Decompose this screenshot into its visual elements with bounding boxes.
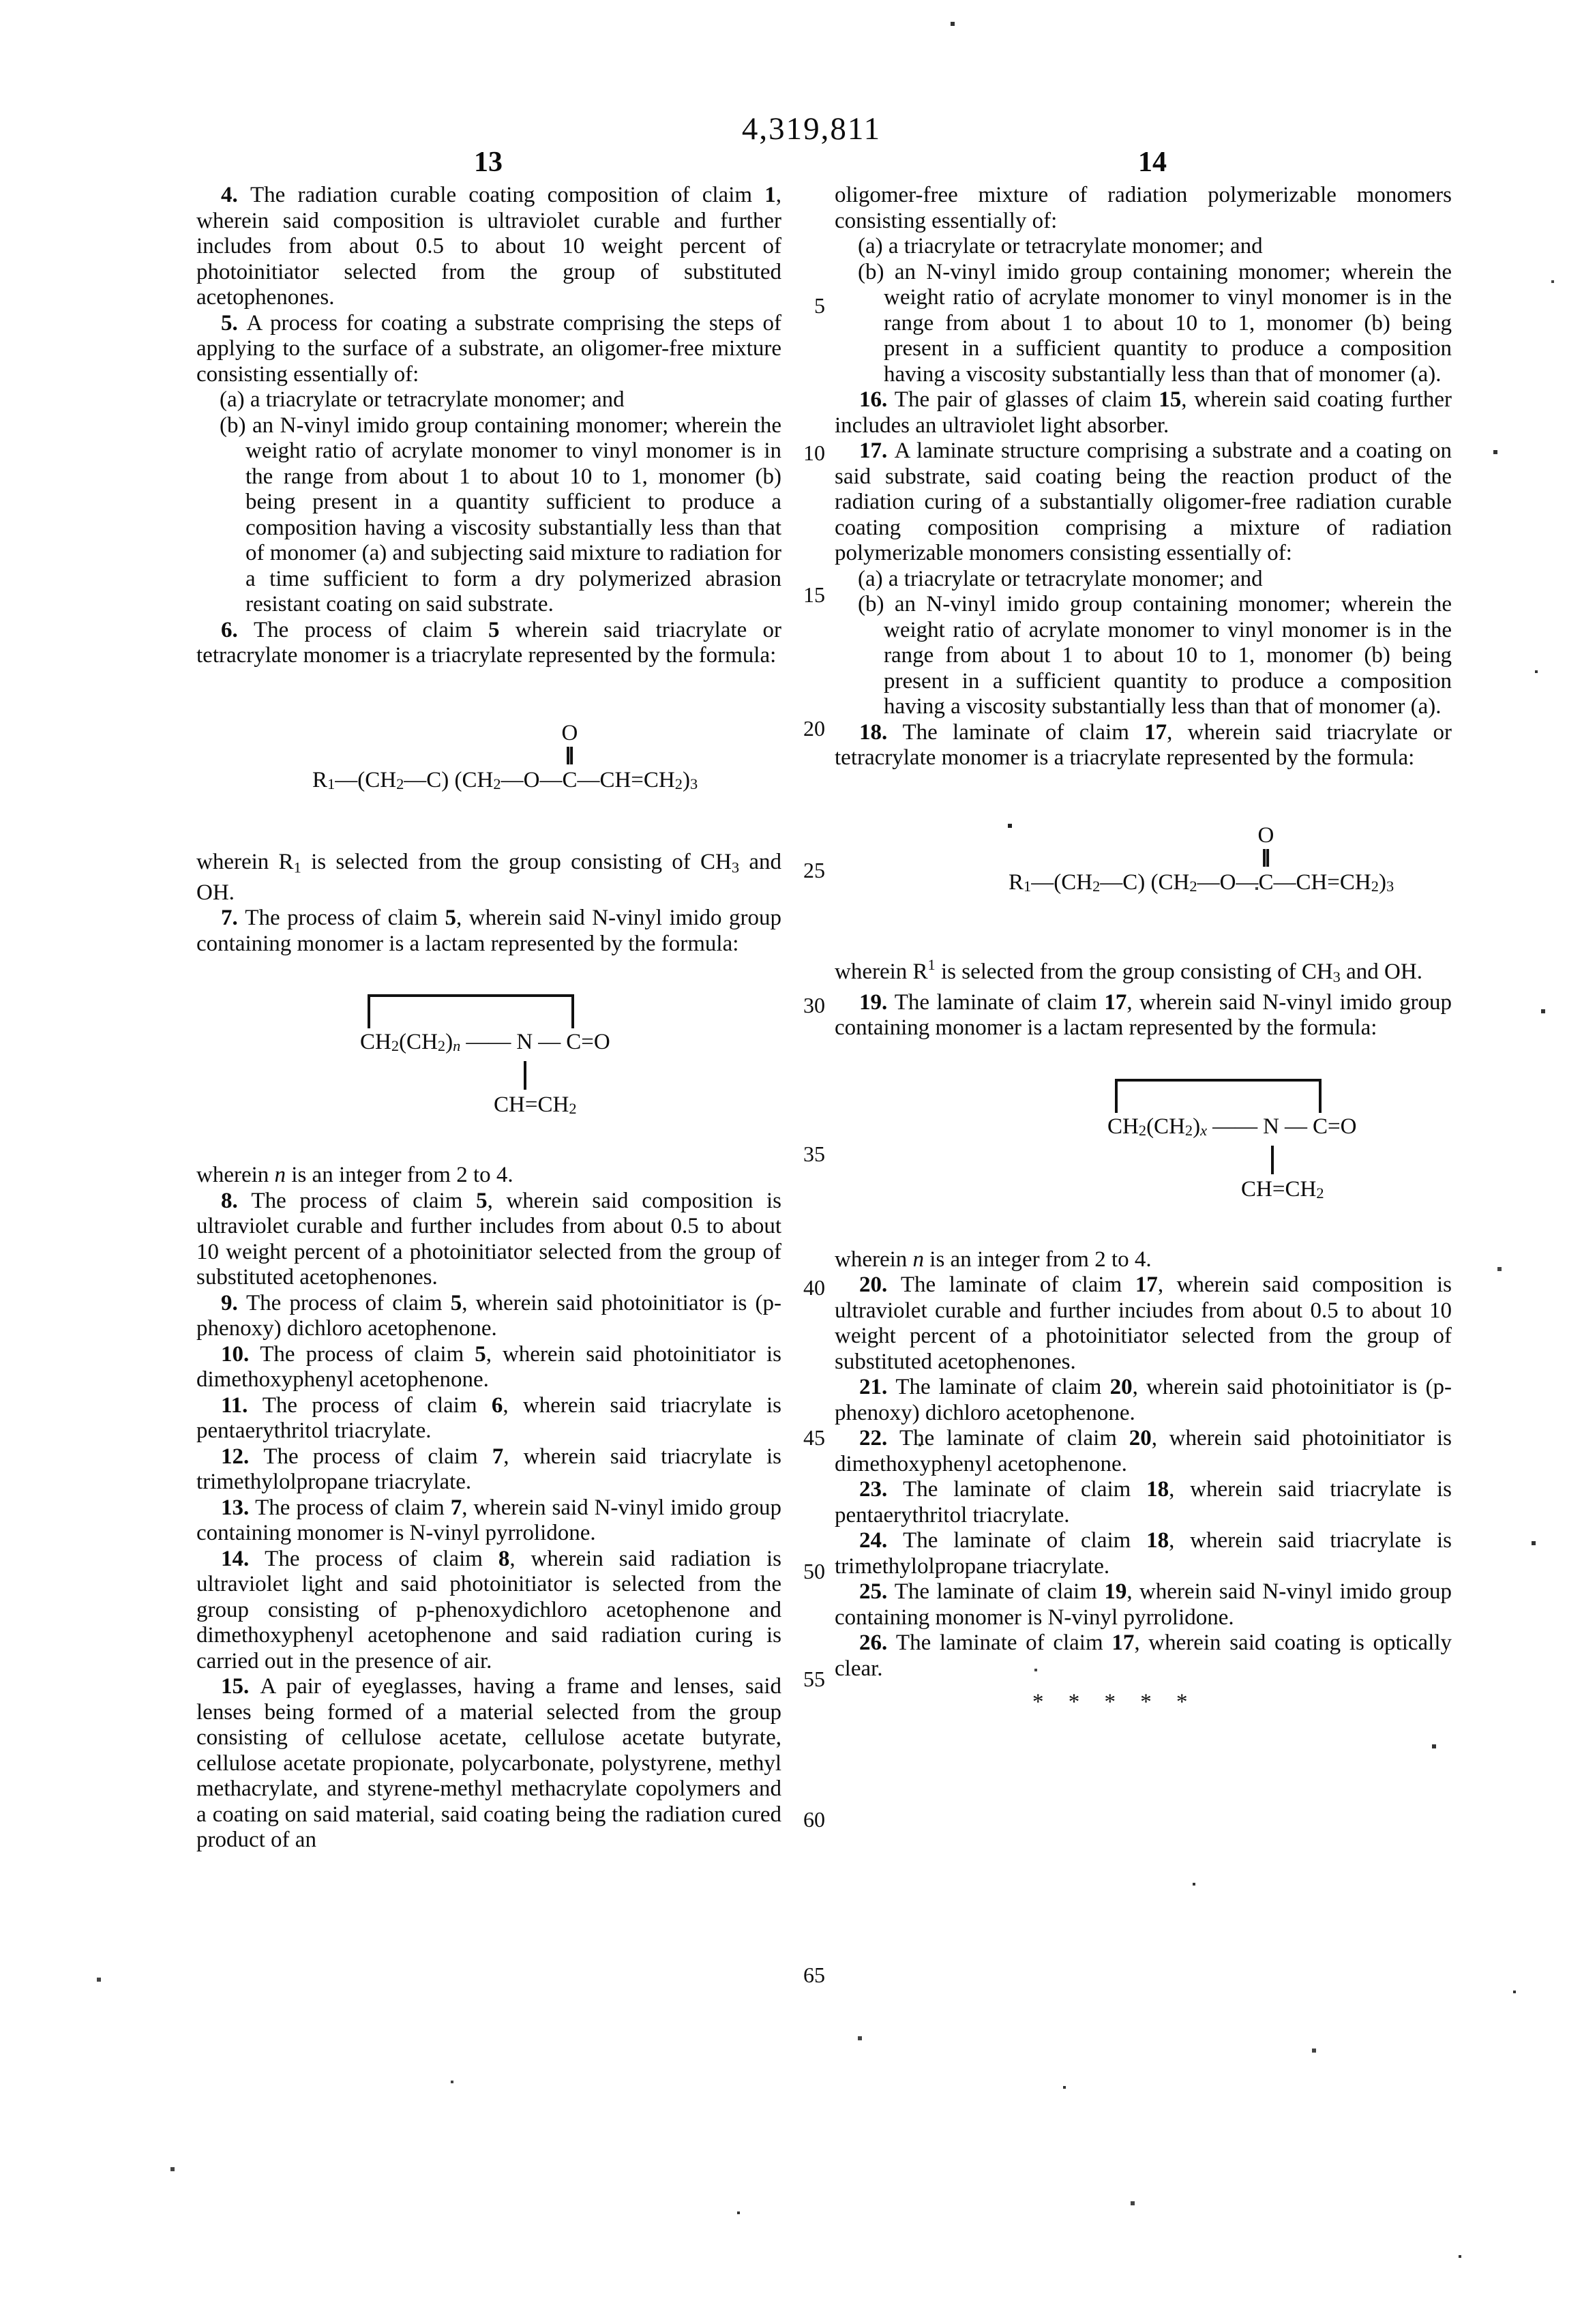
text-segment: 5	[488, 618, 500, 642]
text-segment: 23.	[859, 1477, 903, 1502]
text-segment: The pair of glasses of claim	[895, 387, 1159, 412]
claim-paragraph: (b) an N-vinyl imido group containing mo…	[835, 592, 1452, 720]
n-vinyl-bond-stem	[1271, 1146, 1274, 1174]
claim-paragraph: 15. A pair of eyeglasses, having a frame…	[196, 1674, 781, 1853]
text-segment: 2	[1139, 1122, 1146, 1139]
single-bond: —	[538, 1030, 561, 1054]
text-segment: —(CH	[335, 768, 396, 792]
line-number: 65	[803, 1964, 825, 1986]
line-number: 5	[814, 295, 825, 316]
text-segment: 10.	[221, 1342, 260, 1367]
text-segment: 8.	[221, 1189, 251, 1213]
formula-main-line: CH2(CH2)x——N—C=O	[1107, 1116, 1356, 1139]
chemical-formula-triacrylate: R1—(CH2—C) (CH2—O—OC—CH=CH2)3	[312, 720, 781, 792]
text-segment: R	[1009, 870, 1024, 895]
text-segment: (a) a triacrylate or tetracrylate monome…	[858, 234, 1263, 258]
line-number: 60	[803, 1808, 825, 1830]
claim-paragraph: 26. The laminate of claim 17, wherein sa…	[835, 1630, 1452, 1682]
text-segment: CH	[537, 1092, 569, 1117]
oxygen-atom: O	[1258, 824, 1274, 847]
text-segment: 2	[1092, 878, 1100, 895]
carbonyl-group: OC	[1258, 871, 1273, 894]
line-number: 15	[803, 584, 825, 606]
text-segment: (a) a triacrylate or tetracrylate monome…	[858, 567, 1263, 591]
text-segment: 15.	[221, 1674, 260, 1699]
text-segment: 2	[396, 775, 404, 792]
text-segment: and OH.	[1341, 959, 1422, 984]
text-segment: 2	[438, 1037, 445, 1054]
text-segment: The process of claim	[245, 906, 445, 930]
nitrogen-atom: N	[516, 1030, 533, 1054]
text-segment: (CH	[399, 1030, 438, 1054]
text-segment: —CH=	[577, 768, 643, 792]
text-segment: is an integer from 2 to 4.	[286, 1163, 513, 1187]
text-segment: —C) (CH	[1100, 870, 1189, 895]
text-segment: =	[1328, 1114, 1341, 1139]
double-bond-icon	[567, 747, 573, 764]
text-segment: 3	[1386, 878, 1394, 895]
double-bond-icon	[1263, 849, 1269, 867]
text-segment: The laminate of claim	[901, 1272, 1135, 1297]
text-segment: 2	[569, 1100, 576, 1117]
text-segment: 7	[451, 1495, 462, 1520]
carbonyl-oxygen-stack: O	[1258, 824, 1274, 871]
claim-paragraph: 18. The laminate of claim 17, wherein sa…	[835, 720, 1452, 771]
claim-paragraph: 6. The process of claim 5 wherein said t…	[196, 618, 781, 669]
text-segment: The laminate of claim	[895, 990, 1105, 1015]
text-segment: 20	[1129, 1426, 1152, 1450]
text-segment: C	[1313, 1114, 1328, 1139]
text-segment: 5	[445, 906, 457, 930]
text-segment: 17.	[859, 438, 895, 463]
text-segment: A laminate structure comprising a substr…	[835, 438, 1452, 565]
text-segment: 5.	[221, 311, 246, 336]
text-segment: wherein	[196, 1163, 275, 1187]
text-segment: 11.	[221, 1393, 263, 1418]
text-segment: is selected from the group consisting of…	[936, 959, 1333, 984]
text-segment: 2	[1316, 1185, 1324, 1202]
text-segment: 18.	[859, 720, 902, 745]
column-number-14: 14	[1120, 146, 1185, 179]
claim-paragraph: 10. The process of claim 5, wherein said…	[196, 1342, 781, 1393]
text-segment: —(CH	[1031, 870, 1092, 895]
claim-paragraph: 19. The laminate of claim 17, wherein sa…	[835, 990, 1452, 1041]
text-segment: —CH=	[1273, 870, 1339, 895]
scan-noise-speckles	[0, 0, 1, 1]
text-segment: (b) an N-vinyl imido group containing mo…	[858, 260, 1452, 387]
formula-main-line: CH2(CH2)n——N—C=O	[360, 1031, 610, 1054]
text-segment: 19.	[859, 990, 895, 1015]
chemical-formula-lactam: CH2(CH2)x——N—C=OCH=CH2	[1107, 1079, 1530, 1210]
text-segment: 21.	[859, 1375, 895, 1399]
line-number: 40	[803, 1277, 825, 1298]
text-segment: 1	[764, 183, 776, 207]
claim-paragraph: 16. The pair of glasses of claim 15, whe…	[835, 387, 1452, 438]
claim-paragraph: 17. A laminate structure comprising a su…	[835, 438, 1452, 567]
text-segment: 2	[1189, 878, 1197, 895]
text-segment: 3	[732, 859, 739, 876]
text-segment: The laminate of claim	[903, 1477, 1146, 1502]
text-segment: The process of claim	[263, 1393, 492, 1418]
claim-paragraph: 11. The process of claim 6, wherein said…	[196, 1393, 781, 1444]
claim-paragraph: 5. A process for coating a substrate com…	[196, 311, 781, 388]
text-segment: 8	[498, 1547, 510, 1571]
line-number: 10	[803, 442, 825, 464]
text-segment: The process of claim	[265, 1547, 498, 1571]
text-segment: CH	[1107, 1114, 1139, 1139]
claim-paragraph: oligomer-free mixture of radiation polym…	[835, 183, 1452, 234]
text-segment: (a) a triacrylate or tetracrylate monome…	[220, 387, 625, 412]
oxygen-atom: O	[562, 722, 578, 745]
right-column: oligomer-free mixture of radiation polym…	[835, 183, 1452, 1716]
text-segment: 9.	[221, 1291, 246, 1315]
text-segment: 5	[451, 1291, 462, 1315]
patent-page: 4,319,811 13 14 510152025303540455055606…	[0, 0, 1582, 2324]
text-segment: wherein R	[835, 959, 928, 984]
text-segment: CH	[644, 768, 675, 792]
claim-paragraph: wherein n is an integer from 2 to 4.	[835, 1247, 1452, 1273]
line-number: 45	[803, 1427, 825, 1448]
single-bond: —	[1285, 1114, 1307, 1139]
left-column: 4. The radiation curable coating composi…	[196, 183, 781, 1853]
text-segment: The laminate of claim	[903, 1528, 1146, 1553]
text-segment: —O—	[501, 768, 563, 792]
claim-paragraph: 8. The process of claim 5, wherein said …	[196, 1189, 781, 1291]
text-segment: =	[581, 1030, 594, 1054]
text-segment: 1	[1024, 878, 1031, 895]
line-number-gutter: 5101520253035404550556065	[775, 0, 825, 2324]
text-segment: The radiation curable coating compositio…	[250, 183, 764, 207]
text-segment: =	[1272, 1177, 1285, 1202]
text-segment: 1	[327, 775, 335, 792]
text-segment: —C) (CH	[404, 768, 493, 792]
claim-paragraph: 7. The process of claim 5, wherein said …	[196, 906, 781, 957]
carbonyl-oxygen-stack: O	[562, 722, 578, 769]
text-segment: 14.	[221, 1547, 265, 1571]
text-segment: (b) an N-vinyl imido group containing mo…	[220, 413, 781, 617]
ring-bond-bracket	[368, 994, 574, 1028]
claim-paragraph: 23. The laminate of claim 18, wherein sa…	[835, 1477, 1452, 1528]
line-number: 55	[803, 1668, 825, 1690]
line-number: 30	[803, 994, 825, 1016]
text-segment: 20	[1110, 1375, 1133, 1399]
text-segment: The laminate of claim	[895, 1375, 1109, 1399]
text-segment: CH	[494, 1092, 525, 1117]
claim-paragraph: wherein n is an integer from 2 to 4.	[196, 1163, 781, 1189]
chemical-formula-triacrylate: R1—(CH2—C) (CH2—O—OC—CH=CH2)3	[1009, 822, 1452, 895]
text-segment: 20.	[859, 1272, 901, 1297]
text-segment: 3	[690, 775, 698, 792]
text-segment: The process of claim	[251, 1189, 476, 1213]
text-segment: The laminate of claim	[895, 1579, 1105, 1604]
text-segment: The laminate of claim	[902, 720, 1144, 745]
text-segment: The laminate of claim	[899, 1426, 1129, 1450]
text-segment: n	[913, 1247, 925, 1272]
claim-paragraph: (b) an N-vinyl imido group containing mo…	[196, 413, 781, 618]
formula-main-line: R1—(CH2—C) (CH2—O—OC—CH=CH2)3	[1009, 871, 1452, 895]
vinyl-group: CH=CH2	[1241, 1178, 1324, 1202]
column-number-13: 13	[456, 146, 521, 179]
text-segment: 19	[1104, 1579, 1126, 1604]
text-segment: The process of claim	[263, 1444, 492, 1469]
text-segment: The process of claim	[255, 1495, 451, 1520]
text-segment: 6.	[221, 618, 254, 642]
claim-paragraph: 25. The laminate of claim 19, wherein sa…	[835, 1579, 1452, 1630]
text-segment: 2	[391, 1037, 399, 1054]
text-segment: (CH	[1146, 1114, 1185, 1139]
text-segment: A process for coating a substrate compri…	[196, 311, 781, 387]
claim-paragraph: (a) a triacrylate or tetracrylate monome…	[835, 567, 1452, 593]
text-segment: 2	[493, 775, 501, 792]
claim-paragraph: (a) a triacrylate or tetracrylate monome…	[835, 234, 1452, 260]
text-segment: 5	[475, 1342, 486, 1367]
text-segment: 15	[1159, 387, 1181, 412]
formula-main-line: R1—(CH2—C) (CH2—O—OC—CH=CH2)3	[312, 769, 781, 792]
line-number: 50	[803, 1560, 825, 1582]
line-number: 35	[803, 1143, 825, 1165]
text-segment: is selected from the group consisting of…	[301, 850, 732, 874]
text-segment: CH	[1241, 1177, 1272, 1202]
text-segment: 6	[492, 1393, 503, 1418]
text-segment: n	[275, 1163, 286, 1187]
text-segment: n	[453, 1037, 460, 1054]
text-segment: 24.	[859, 1528, 903, 1553]
text-segment: 3	[1333, 968, 1341, 985]
claim-paragraph: 14. The process of claim 8, wherein said…	[196, 1547, 781, 1675]
text-segment: oligomer-free mixture of radiation polym…	[835, 183, 1452, 233]
text-segment: 1	[928, 956, 936, 973]
claim-paragraph: 4. The radiation curable coating composi…	[196, 183, 781, 311]
text-segment: (b) an N-vinyl imido group containing mo…	[858, 592, 1452, 719]
text-segment: is an integer from 2 to 4.	[924, 1247, 1152, 1272]
text-segment: 12.	[221, 1444, 263, 1469]
text-segment: x	[1200, 1122, 1207, 1139]
n-vinyl-bond-stem	[524, 1061, 526, 1090]
text-segment: 18	[1146, 1528, 1169, 1553]
text-segment: wherein	[835, 1247, 913, 1272]
claim-paragraph: 13. The process of claim 7, wherein said…	[196, 1495, 781, 1547]
claim-paragraph: 22. The laminate of claim 20, wherein sa…	[835, 1426, 1452, 1477]
text-segment: )	[1193, 1114, 1200, 1139]
text-segment: 5	[476, 1189, 488, 1213]
claim-paragraph: wherein R1 is selected from the group co…	[196, 850, 781, 906]
text-segment: 2	[675, 775, 683, 792]
single-bond: ——	[1212, 1114, 1257, 1139]
text-segment: A pair of eyeglasses, having a frame and…	[196, 1674, 781, 1852]
single-bond: ——	[466, 1030, 511, 1054]
asterisk-separator: * * * * *	[835, 1690, 1452, 1716]
claim-paragraph: 24. The laminate of claim 18, wherein sa…	[835, 1528, 1452, 1579]
text-segment: 1	[294, 859, 301, 876]
line-number: 20	[803, 717, 825, 739]
text-segment: )	[445, 1030, 453, 1054]
text-segment: 7	[492, 1444, 504, 1469]
text-segment: CH	[1340, 870, 1371, 895]
text-segment: =	[525, 1092, 538, 1117]
text-segment: The process of claim	[246, 1291, 451, 1315]
text-segment: 2	[1185, 1122, 1193, 1139]
text-segment: 22.	[859, 1426, 899, 1450]
claim-paragraph: 12. The process of claim 7, wherein said…	[196, 1444, 781, 1495]
text-segment: 13.	[221, 1495, 255, 1520]
text-segment: —O—	[1197, 870, 1259, 895]
text-segment: C	[566, 1030, 581, 1054]
text-segment: R	[312, 768, 327, 792]
chemical-formula-lactam: CH2(CH2)n——N—C=OCH=CH2	[360, 994, 783, 1125]
text-segment: The process of claim	[260, 1342, 475, 1367]
carbonyl-group: OC	[562, 769, 577, 792]
text-segment: CH	[360, 1030, 391, 1054]
text-segment: O	[1341, 1114, 1357, 1139]
nitrogen-atom: N	[1263, 1114, 1279, 1139]
claim-paragraph: 21. The laminate of claim 20, wherein sa…	[835, 1375, 1452, 1426]
ring-bond-bracket	[1115, 1079, 1322, 1113]
claim-paragraph: wherein R1 is selected from the group co…	[835, 952, 1452, 990]
text-segment: )	[1379, 870, 1386, 895]
text-segment: O	[594, 1030, 610, 1054]
line-number: 25	[803, 859, 825, 881]
text-segment: 17	[1111, 1630, 1134, 1655]
claim-paragraph: (b) an N-vinyl imido group containing mo…	[835, 260, 1452, 388]
text-segment: 17	[1104, 990, 1126, 1015]
claim-paragraph: (a) a triacrylate or tetracrylate monome…	[196, 387, 781, 413]
claim-paragraph: 9. The process of claim 5, wherein said …	[196, 1291, 781, 1342]
text-segment: The laminate of claim	[896, 1630, 1111, 1655]
text-segment: 26.	[859, 1630, 896, 1655]
text-segment: 16.	[859, 387, 895, 412]
text-segment: CH	[1285, 1177, 1316, 1202]
text-segment: 25.	[859, 1579, 895, 1604]
text-segment: 2	[1371, 878, 1379, 895]
text-segment: The process of claim	[254, 618, 488, 642]
text-segment: 17	[1135, 1272, 1158, 1297]
text-segment: 7.	[221, 906, 245, 930]
vinyl-group: CH=CH2	[494, 1094, 577, 1117]
text-segment: 17	[1144, 720, 1167, 745]
carbon-atom: C	[1258, 870, 1273, 895]
text-segment: )	[683, 768, 690, 792]
text-segment: wherein R	[196, 850, 294, 874]
text-segment: 4.	[221, 183, 250, 207]
text-segment: 18	[1146, 1477, 1169, 1502]
claim-paragraph: 20. The laminate of claim 17, wherein sa…	[835, 1272, 1452, 1375]
carbon-atom: C	[562, 768, 577, 792]
